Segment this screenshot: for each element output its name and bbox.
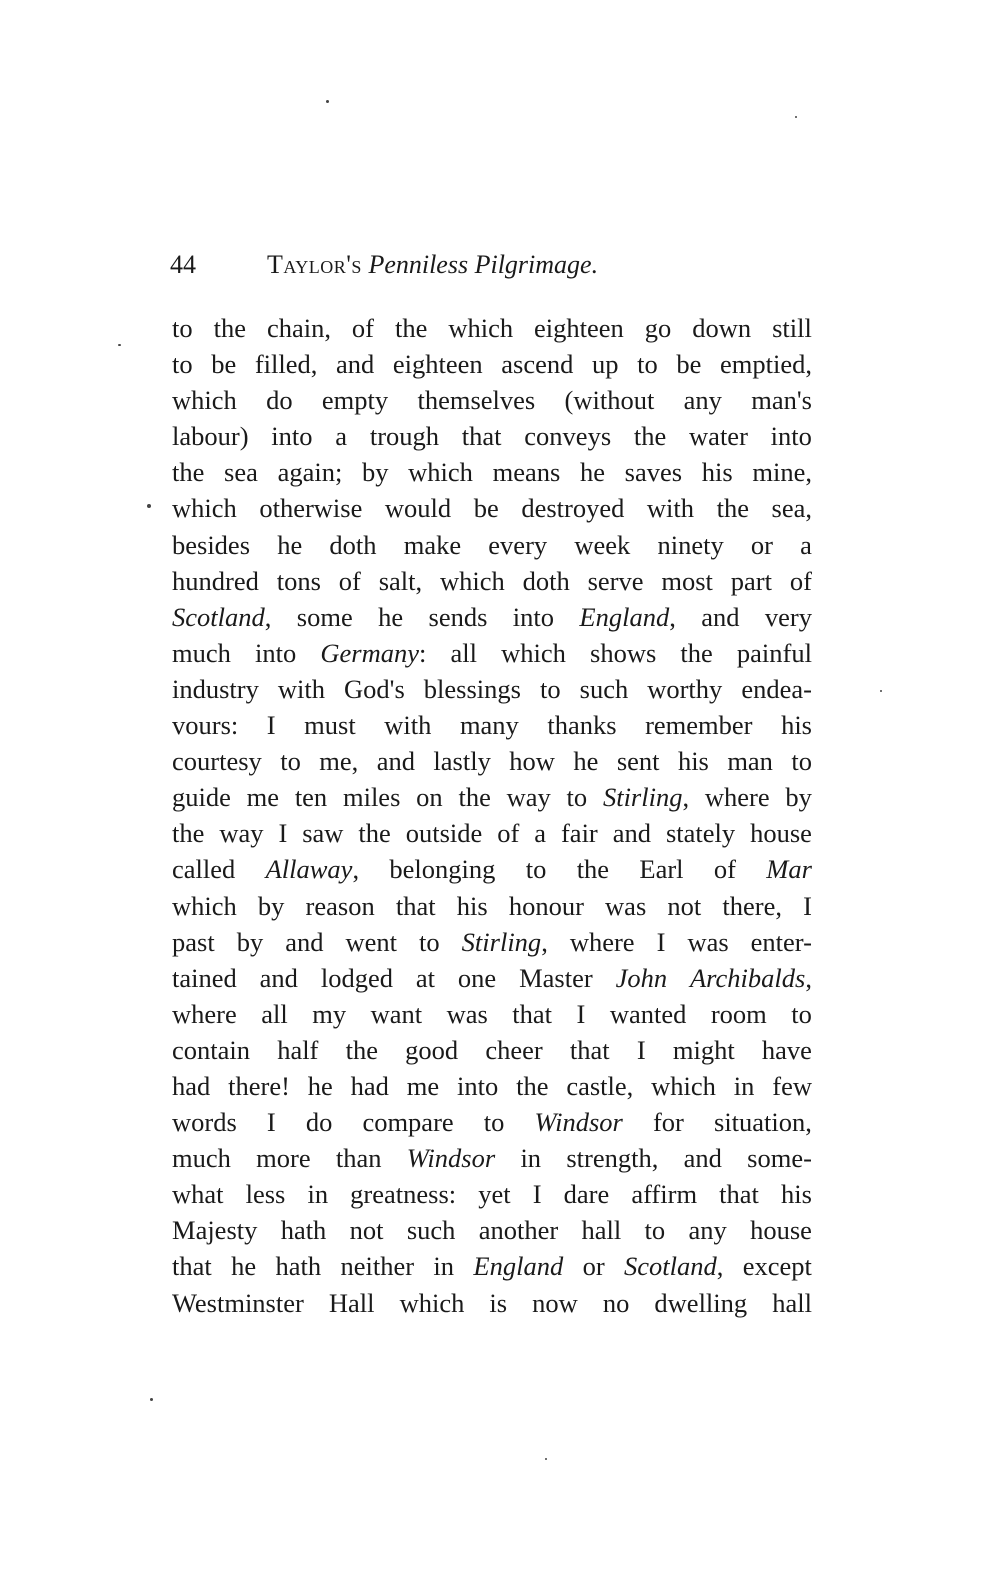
word: castle, [566,1068,633,1104]
word: in [520,1140,541,1176]
word: had [351,1068,389,1104]
word: of [339,563,361,599]
word: man [727,743,773,779]
word: otherwise [259,490,362,526]
text-line: tobefilled,andeighteenascenduptobeemptie… [172,346,812,382]
word: where [570,924,635,960]
word: a [800,527,812,563]
word: the [634,418,666,454]
word: that [396,888,436,924]
word: or [583,1248,605,1284]
text-line: thathehathneitherinEnglandorScotland,exc… [172,1248,812,1284]
word: Archibalds, [690,960,812,996]
word: by [785,779,812,815]
word: tained [172,960,237,996]
word: to [567,779,588,815]
word: to [526,851,547,887]
word: what [172,1176,224,1212]
word: England [473,1248,563,1284]
word: (without [565,382,655,418]
word: there, [722,888,782,924]
running-title-book: Penniless Pilgrimage. [368,250,598,279]
word: into [271,418,312,454]
word: Scotland, [624,1248,723,1284]
word: which [440,563,505,599]
text-line: whichbyreasonthathishonourwasnotthere,I [172,888,812,924]
text-line: industrywithGod'sblessingstosuchworthyen… [172,671,812,707]
page-header: 44 Taylor's Penniless Pilgrimage. [170,246,710,286]
word: all [450,635,477,671]
word: and [260,960,298,996]
word: compare [362,1104,453,1140]
word: where [705,779,770,815]
word: the [458,779,490,815]
word: good [405,1032,458,1068]
word: which [408,454,473,490]
word: hundred [172,563,259,599]
word: sent [617,743,660,779]
word: week [574,527,630,563]
word: which [400,1285,465,1321]
word: into [771,418,812,454]
word: belonging [389,851,495,887]
word: doth [329,527,376,563]
word: the [172,454,204,490]
word: Mar [766,851,812,887]
word: have [762,1032,812,1068]
word: in [734,1068,755,1104]
word: his [457,888,488,924]
word: Westminster [172,1285,304,1321]
word: stately [666,815,735,851]
word: the [172,815,204,851]
word: I [533,1176,542,1212]
word: in [433,1248,454,1284]
word: England, [579,599,675,635]
word: the [680,635,712,671]
word: his [702,454,733,490]
text-line: Scotland,somehesendsintoEngland,andvery [172,599,812,635]
word: more [256,1140,310,1176]
scan-speck [880,690,882,692]
word: to [791,743,812,779]
word: in [307,1176,328,1212]
word: Hall [329,1285,375,1321]
word: past [172,924,215,960]
word: such [407,1212,456,1248]
word: besides [172,527,250,563]
word: he [308,1068,333,1104]
word: which [172,888,237,924]
word: me, [319,743,358,779]
word: strength, [566,1140,658,1176]
word: to [791,996,812,1032]
word: contain [172,1032,250,1068]
word: lodged [321,960,393,996]
word: be [211,346,236,382]
text-line: hadthere!hehadmeintothecastle,whichinfew [172,1068,812,1104]
word: the [214,310,246,346]
word: to [419,924,440,960]
word: make [404,527,461,563]
word: way [219,815,263,851]
word: thanks [547,707,616,743]
word: by [362,454,389,490]
word: Earl [639,851,683,887]
text-line: Majestyhathnotsuchanotherhalltoanyhouse [172,1212,812,1248]
word: want [371,996,423,1032]
word: water [689,418,748,454]
word: that [719,1176,759,1212]
word: painful [737,635,812,671]
text-line: containhalfthegoodcheerthatImighthave [172,1032,812,1068]
word: I [278,815,287,851]
word: to [280,743,301,779]
word: called [172,851,235,887]
text-line: vours:Imustwithmanythanksrememberhis [172,707,812,743]
word: me [407,1068,439,1104]
word: Master [519,960,593,996]
word: very [765,599,812,635]
scan-speck [545,1458,547,1460]
word: my [312,996,346,1032]
word: or [751,527,773,563]
word: be [474,490,499,526]
word: of [497,815,519,851]
word: greatness: [350,1176,456,1212]
word: I [267,1104,276,1140]
word: of [790,563,812,599]
word: than [336,1140,382,1176]
word: ten [295,779,327,815]
word: and [701,599,739,635]
word: which [172,490,237,526]
word: to [172,346,193,382]
word: saves [625,454,682,490]
word: to [484,1104,505,1140]
word: by [258,888,285,924]
word: hath [275,1248,321,1284]
word: and [613,815,651,851]
text-line: whereallmywantwasthatIwantedroomto [172,996,812,1032]
word: which [448,310,513,346]
word: sea [224,454,258,490]
text-line: theseaagain;bywhichmeanshesaveshismine, [172,454,812,490]
word: God's [344,671,405,707]
scan-speck [118,344,121,346]
text-line: muchmorethanWindsorinstrength,andsome- [172,1140,812,1176]
text-line: besideshedothmakeeveryweekninetyora [172,527,812,563]
word: his [781,707,812,743]
word: was [447,996,488,1032]
page-number: 44 [170,250,196,280]
word: into [457,1068,498,1104]
text-line: hundredtonsofsalt,whichdothservemostpart… [172,563,812,599]
word: honour [509,888,584,924]
word: might [673,1032,735,1068]
text-line: calledAllaway,belongingtotheEarlofMar [172,851,812,887]
word: Allaway, [266,851,359,887]
word: tons [277,563,321,599]
word: cheer [485,1032,542,1068]
word: up [592,346,619,382]
word: that [512,996,552,1032]
word: any [688,1212,726,1248]
word: remember [645,707,752,743]
word: he [277,527,302,563]
word: how [509,743,555,779]
word: I [657,924,666,960]
word: doth [523,563,570,599]
word: such [580,671,629,707]
word: man's [751,382,812,418]
word: the [516,1068,548,1104]
word: any [684,382,722,418]
word: house [750,815,812,851]
word: room [711,996,767,1032]
word: yet [478,1176,510,1212]
word: of [352,310,374,346]
word: that [462,418,502,454]
word: except [743,1248,812,1284]
word: was [687,924,728,960]
word: would [385,490,451,526]
word: to [645,1212,666,1248]
word: enter- [751,924,812,960]
word: John [616,960,668,996]
word: I [267,707,276,743]
word: to [637,346,658,382]
word: to [540,671,561,707]
word: conveys [524,418,611,454]
word: some [297,599,353,635]
word: words [172,1104,237,1140]
word: his [678,743,709,779]
word: industry [172,671,259,707]
word: some- [747,1140,812,1176]
word: much [172,1140,231,1176]
word: blessings [424,671,521,707]
word: trough [370,418,439,454]
word: he [231,1248,256,1284]
text-line: pastbyandwenttoStirling,whereIwasenter- [172,924,812,960]
word: wanted [610,996,687,1032]
word: I [637,1032,646,1068]
word: neither [340,1248,414,1284]
word: into [255,635,296,671]
text-line: whichotherwisewouldbedestroyedwiththesea… [172,490,812,526]
scan-speck [326,100,329,103]
word: now [532,1285,578,1321]
text-line: labour)intoatroughthatconveysthewaterint… [172,418,812,454]
word: outside [406,815,483,851]
word: ninety [657,527,723,563]
word: was [605,888,646,924]
word: every [488,527,547,563]
word: most [661,563,713,599]
word: few [772,1068,812,1104]
word: I [577,996,586,1032]
text-line: tainedandlodgedatoneMasterJohnArchibalds… [172,960,812,996]
word: and [377,743,415,779]
word: labour) [172,418,249,454]
word: eighteen [534,310,624,346]
word: sends [429,599,488,635]
word: chain, [267,310,331,346]
word: not [350,1212,384,1248]
word: vours: [172,707,238,743]
word: ascend [501,346,573,382]
word: the [346,1032,378,1068]
word: which [651,1068,716,1104]
word: Germany: [320,635,426,671]
word: his [781,1176,812,1212]
text-line: wordsIdocomparetoWindsorforsituation, [172,1104,812,1140]
text-line: courtesytome,andlastlyhowhesenthismanto [172,743,812,779]
word: hath [281,1212,327,1248]
text-line: guidemetenmilesonthewaytoStirling,whereb… [172,779,812,815]
word: means [493,454,561,490]
running-title-author: Taylor's [267,250,362,279]
word: saw [302,815,343,851]
word: Windsor [535,1104,623,1140]
word: with [278,671,325,707]
word: into [513,599,554,635]
word: and [285,924,323,960]
word: the [717,490,749,526]
word: themselves [417,382,535,418]
word: that [570,1032,610,1068]
word: Scotland, [172,599,271,635]
word: house [750,1212,812,1248]
word: mine, [752,454,812,490]
word: he [580,454,605,490]
word: do [306,1104,333,1140]
word: he [573,743,598,779]
word: dwelling [654,1285,747,1321]
word: destroyed [521,490,624,526]
word: for [653,1104,684,1140]
word: not [667,888,701,924]
word: the [358,815,390,851]
word: I [803,888,812,924]
word: went [346,924,398,960]
word: still [772,310,812,346]
word: empty [322,382,388,418]
word: less [246,1176,286,1212]
text-line: whatlessingreatness:yetIdareaffirmthathi… [172,1176,812,1212]
word: is [489,1285,507,1321]
word: eighteen [393,346,483,382]
word: dare [564,1176,610,1212]
text-line: muchintoGermany:allwhichshowsthepainful [172,635,812,671]
word: shows [590,635,656,671]
text-line: tothechain,ofthewhicheighteengodownstill [172,310,812,346]
word: the [395,310,427,346]
word: there! [228,1068,290,1104]
word: a [534,815,546,851]
word: another [479,1212,558,1248]
word: Majesty [172,1212,257,1248]
word: on [416,779,443,815]
word: worthy [647,671,722,707]
word: where [172,996,237,1032]
word: with [647,490,694,526]
word: a [335,418,347,454]
word: by [237,924,264,960]
word: of [714,851,736,887]
word: situation, [714,1104,812,1140]
word: the [577,851,609,887]
word: which [501,635,566,671]
word: to [172,310,193,346]
word: salt, [379,563,422,599]
word: courtesy [172,743,262,779]
word: and [684,1140,722,1176]
word: filled, [255,346,318,382]
word: which [172,382,237,418]
word: reason [306,888,375,924]
word: fair [561,815,598,851]
scan-speck [150,1398,153,1401]
word: do [266,382,293,418]
word: that [172,1248,212,1284]
running-title: Taylor's Penniless Pilgrimage. [267,250,598,280]
scan-speck [147,504,151,508]
word: at [416,960,435,996]
word: emptied, [720,346,812,382]
word: part [731,563,772,599]
word: go [645,310,672,346]
word: much [172,635,231,671]
scan-speck [795,116,797,118]
word: sea, [772,490,812,526]
word: one [458,960,496,996]
word: Stirling, [603,779,689,815]
text-line: WestminsterHallwhichisnownodwellinghall [172,1285,812,1321]
word: Stirling, [462,924,548,960]
word: must [304,707,356,743]
word: again; [278,454,343,490]
word: all [261,996,288,1032]
word: down [692,310,751,346]
text-line: whichdoemptythemselves(withoutanyman's [172,382,812,418]
word: hall [581,1212,621,1248]
word: hall [772,1285,812,1321]
word: affirm [631,1176,697,1212]
word: way [507,779,551,815]
word: endea- [741,671,812,707]
word: serve [588,563,644,599]
word: Windsor [407,1140,495,1176]
word: lastly [433,743,490,779]
word: be [676,346,701,382]
word: no [603,1285,630,1321]
text-line: thewayIsawtheoutsideofafairandstatelyhou… [172,815,812,851]
word: half [277,1032,318,1068]
word: many [460,707,519,743]
word: me [247,779,279,815]
body-text: tothechain,ofthewhicheighteengodownstill… [172,310,812,1321]
word: and [336,346,374,382]
word: had [172,1068,210,1104]
word: miles [343,779,400,815]
word: guide [172,779,231,815]
word: he [378,599,403,635]
word: with [384,707,431,743]
